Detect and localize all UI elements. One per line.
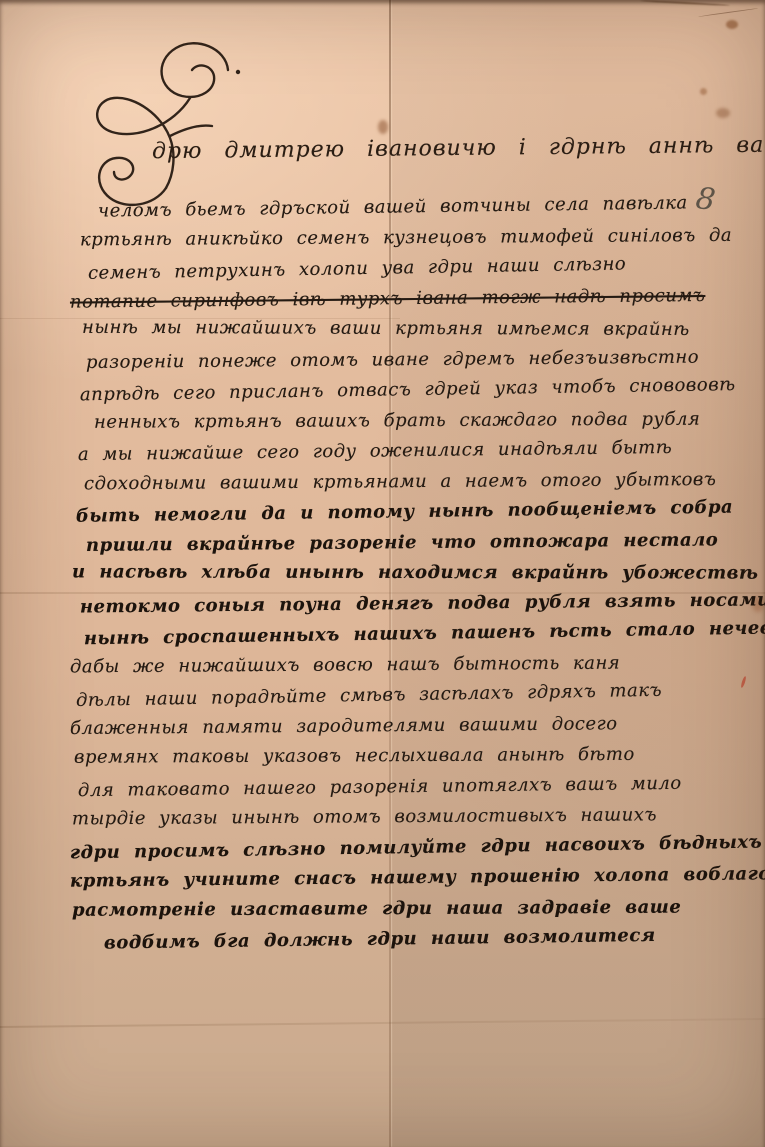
paper-tear: [640, 0, 730, 6]
ink-stain: [726, 20, 738, 29]
calligraphic-initial-flourish-icon: [78, 28, 328, 208]
ink-stain: [378, 120, 388, 134]
ink-stain: [716, 108, 730, 118]
horizontal-fold-crease: [0, 1018, 765, 1028]
manuscript-line: потапие сиринфовъ івѣ турхъ івана тогж н…: [70, 284, 760, 322]
paper-tear: [698, 8, 758, 17]
manuscript-line: кртьянъ учините снасъ нашему прошенію хо…: [70, 863, 760, 901]
ink-stain: [700, 88, 707, 95]
manuscript-line: пришли вкрайнѣе разореніе что отпожара н…: [86, 529, 760, 565]
manuscript-line: нынѣ мы нижайшихъ ваши кртьяня имѣемся в…: [82, 317, 760, 350]
manuscript-photo: дрю дмитрею івановичю і гдрнѣ аннѣ васил…: [0, 0, 765, 1147]
manuscript-line: блаженныя памяти зародителями вашими дос…: [70, 711, 760, 748]
manuscript-body: челомъ бьемъ гдръской вашей вотчины села…: [70, 196, 760, 959]
manuscript-line: и насѣвѣ хлѣба инынѣ находимся вкрайнѣ у…: [72, 561, 760, 593]
heading-address-line: дрю дмитрею івановичю і гдрнѣ аннѣ васил…: [152, 133, 752, 164]
